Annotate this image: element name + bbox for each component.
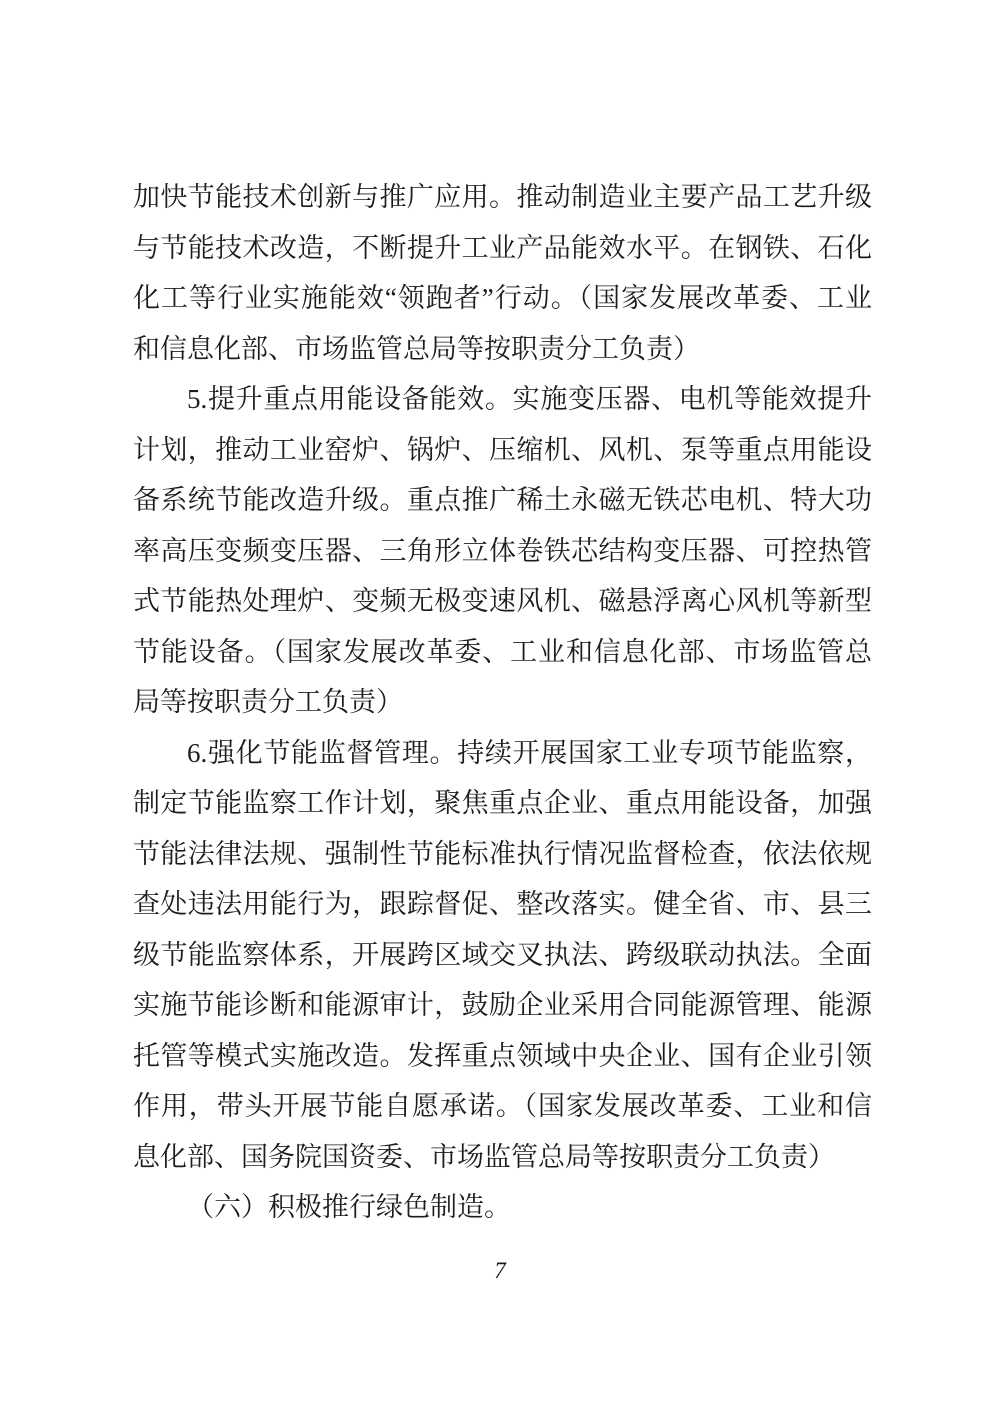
document-body: 加快节能技术创新与推广应用。推动制造业主要产品工艺升级与节能技术改造，不断提升工… xyxy=(133,172,872,1233)
paragraph-item-6: 6.强化节能监督管理。持续开展国家工业专项节能监察，制定节能监察工作计划，聚焦重… xyxy=(133,728,872,1183)
section-heading-green-manufacturing: （六）积极推行绿色制造。 xyxy=(133,1182,872,1233)
document-page: 加快节能技术创新与推广应用。推动制造业主要产品工艺升级与节能技术改造，不断提升工… xyxy=(0,0,1000,1414)
paragraph-item-5: 5.提升重点用能设备能效。实施变压器、电机等能效提升计划，推动工业窑炉、锅炉、压… xyxy=(133,374,872,728)
page-number: 7 xyxy=(0,1258,1000,1284)
paragraph-continuation: 加快节能技术创新与推广应用。推动制造业主要产品工艺升级与节能技术改造，不断提升工… xyxy=(133,172,872,374)
